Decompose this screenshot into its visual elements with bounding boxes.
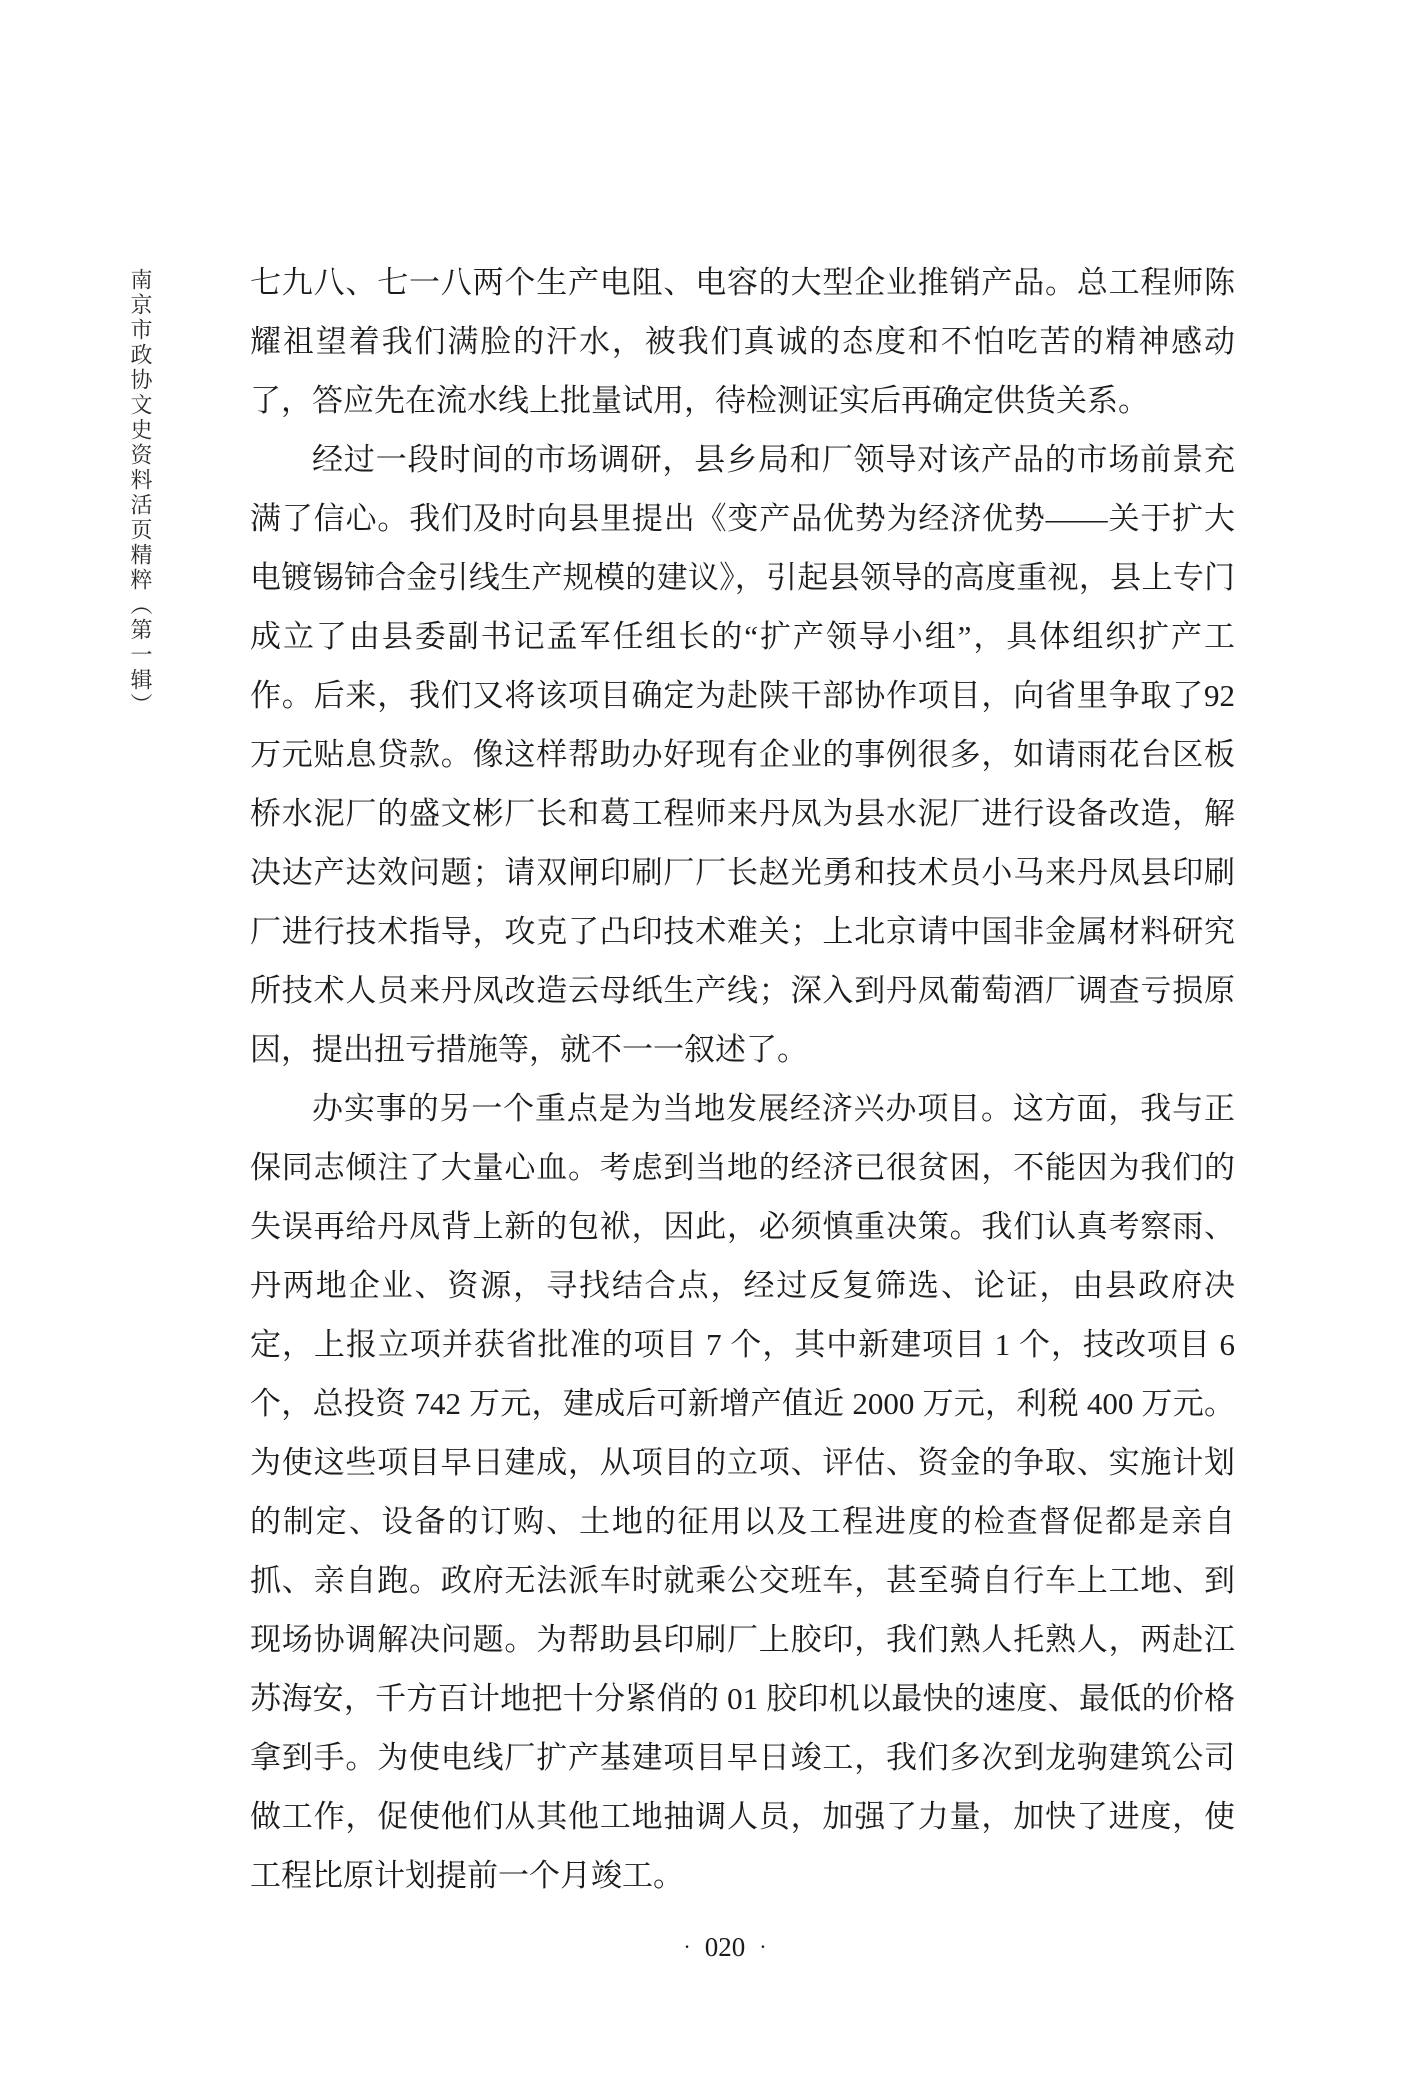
page-footer: ·020· — [250, 1932, 1200, 1963]
document-page: 南京市政协文史资料活页精粹（第一辑） 七九八、七一八两个生产电阻、电容的大型企业… — [0, 0, 1426, 2095]
footer-dot: · — [683, 1934, 690, 1959]
body-paragraph: 经过一段时间的市场调研，县乡局和厂领导对该产品的市场前景充满了信心。我们及时向县… — [250, 430, 1235, 1079]
footer-dot: · — [759, 1934, 766, 1959]
body-paragraph: 办实事的另一个重点是为当地发展经济兴办项目。这方面，我与正保同志倾注了大量心血。… — [250, 1079, 1235, 1905]
body-paragraph: 七九八、七一八两个生产电阻、电容的大型企业推销产品。总工程师陈耀祖望着我们满脸的… — [250, 253, 1235, 430]
article-body: 七九八、七一八两个生产电阻、电容的大型企业推销产品。总工程师陈耀祖望着我们满脸的… — [250, 253, 1235, 1905]
book-title-vertical: 南京市政协文史资料活页精粹（第一辑） — [125, 268, 156, 718]
page-number: 020 — [705, 1932, 746, 1962]
